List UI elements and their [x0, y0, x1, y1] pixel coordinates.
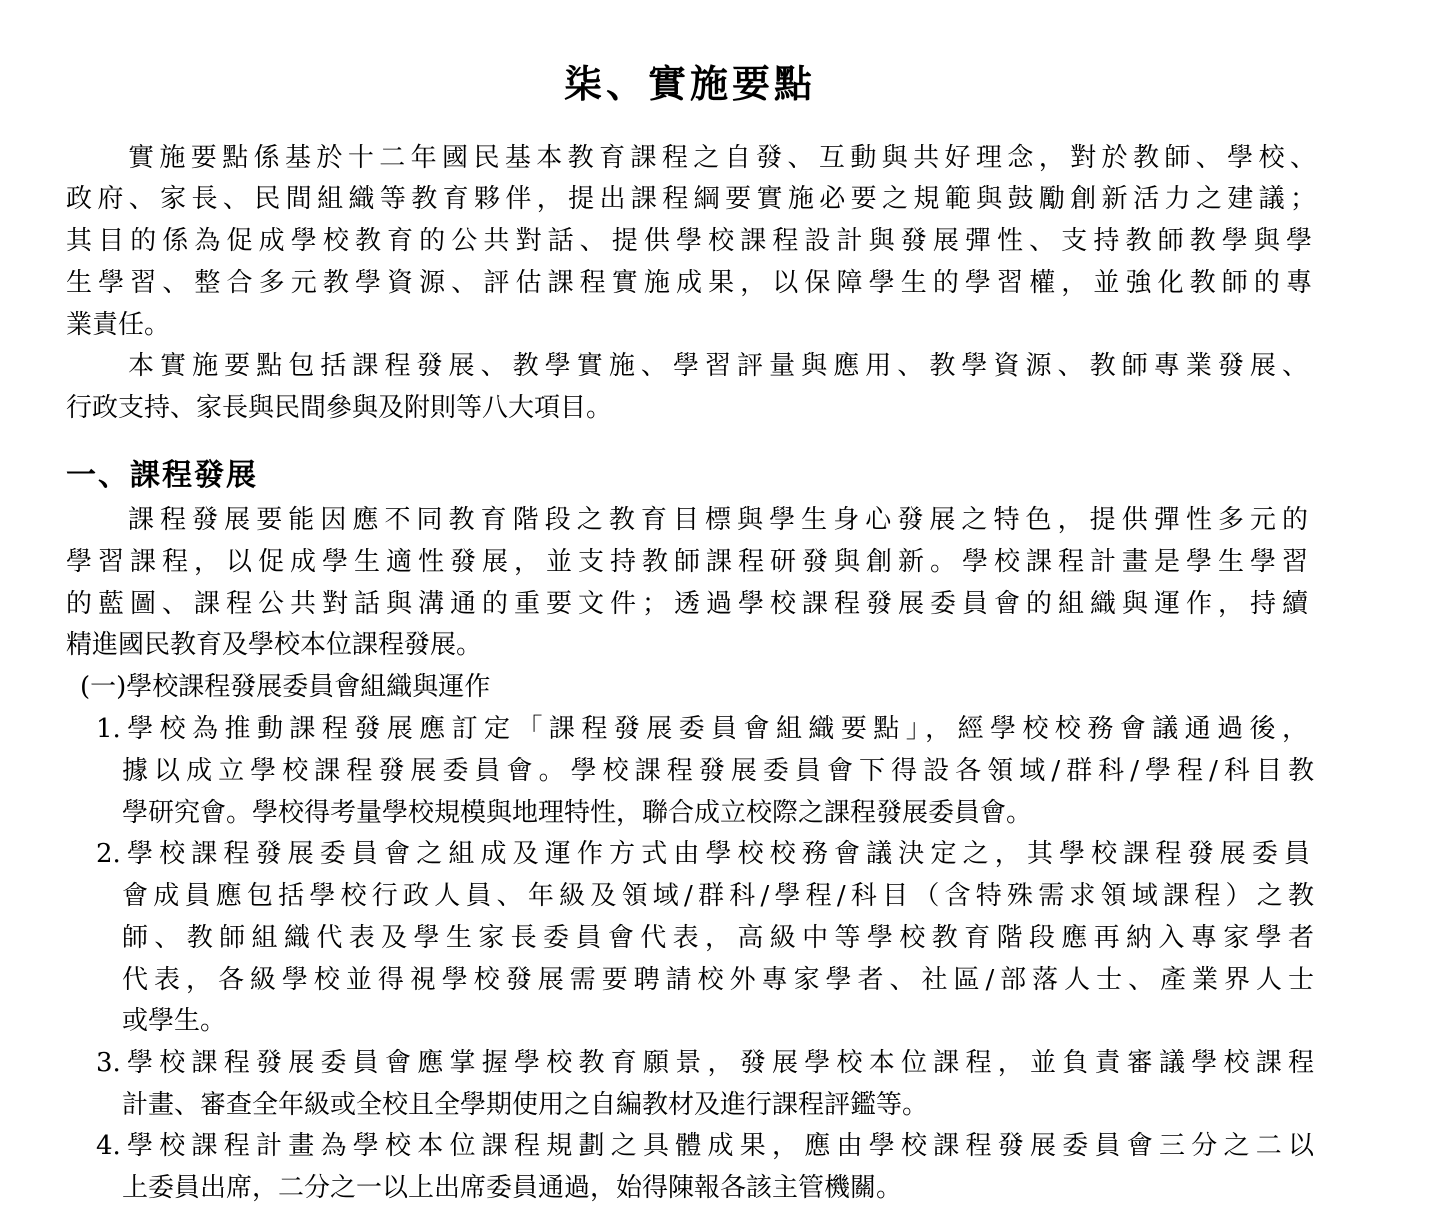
text-line: 精進國民教育及學校本位課程發展。 — [66, 625, 482, 665]
text-line: 師、教師組織代表及學生家長委員會代表，高級中等學校教育階段應再納入專家學者 — [122, 918, 1314, 958]
text-line: 3.學校課程發展委員會應掌握學校教育願景，發展學校本位課程，並負責審議學校課程 — [96, 1043, 1314, 1083]
text-line: 據以成立學校課程發展委員會。學校課程發展委員會下得設各領域/群科/學程/科目教 — [122, 751, 1314, 791]
text-line: 或學生。 — [122, 1001, 226, 1041]
text-line: 政府、家長、民間組織等教育夥伴，提出課程綱要實施必要之規範與鼓勵創新活力之建議； — [66, 179, 1316, 219]
text-line: 代表，各級學校並得視學校發展需要聘請校外專家學者、社區/部落人士、產業界人士 — [122, 960, 1314, 1000]
subsection-heading: (一)學校課程發展委員會組織與運作 — [80, 667, 490, 707]
text-line: 學習課程，以促成學生適性發展，並支持教師課程研發與創新。學校課程計畫是學生學習 — [66, 542, 1308, 582]
document-title: 柒、實施要點 — [0, 56, 1380, 112]
text-line: 學研究會。學校得考量學校規模與地理特性，聯合成立校際之課程發展委員會。 — [122, 793, 1032, 833]
text-line: 4.學校課程計畫為學校本位課程規劃之具體成果，應由學校課程發展委員會三分之二以 — [96, 1126, 1314, 1166]
section-heading: 一、課程發展 — [66, 454, 258, 498]
document-page: 柒、實施要點 實施要點係基於十二年國民基本教育課程之自發、互動與共好理念，對於教… — [0, 0, 1432, 1214]
text-line: 1.學校為推動課程發展應訂定「課程發展委員會組織要點」，經學校校務會議通過後， — [96, 709, 1308, 749]
text-line: 業責任。 — [66, 305, 170, 345]
text-line: 計畫、審查全年級或全校且全學期使用之自編教材及進行課程評鑑等。 — [122, 1085, 928, 1125]
text-line: 實施要點係基於十二年國民基本教育課程之自發、互動與共好理念，對於教師、學校、 — [128, 138, 1316, 178]
text-line: 會成員應包括學校行政人員、年級及領域/群科/學程/科目（含特殊需求領域課程）之教 — [122, 876, 1314, 916]
text-line: 課程發展要能因應不同教育階段之教育目標與學生身心發展之特色，提供彈性多元的 — [128, 500, 1308, 540]
text-line: 生學習、整合多元教學資源、評估課程實施成果，以保障學生的學習權，並強化教師的專 — [66, 263, 1312, 303]
text-line: 2.學校課程發展委員會之組成及運作方式由學校校務會議決定之，其學校課程發展委員 — [96, 834, 1310, 874]
text-line: 的藍圖、課程公共對話與溝通的重要文件；透過學校課程發展委員會的組織與運作，持續 — [66, 584, 1308, 624]
text-line: 本實施要點包括課程發展、教學實施、學習評量與應用、教學資源、教師專業發展、 — [128, 346, 1308, 386]
text-line: 其目的係為促成學校教育的公共對話、提供學校課程設計與發展彈性、支持教師教學與學 — [66, 221, 1312, 261]
text-line: 上委員出席，二分之一以上出席委員通過，始得陳報各該主管機關。 — [122, 1168, 902, 1208]
text-line: 行政支持、家長與民間參與及附則等八大項目。 — [66, 388, 612, 428]
